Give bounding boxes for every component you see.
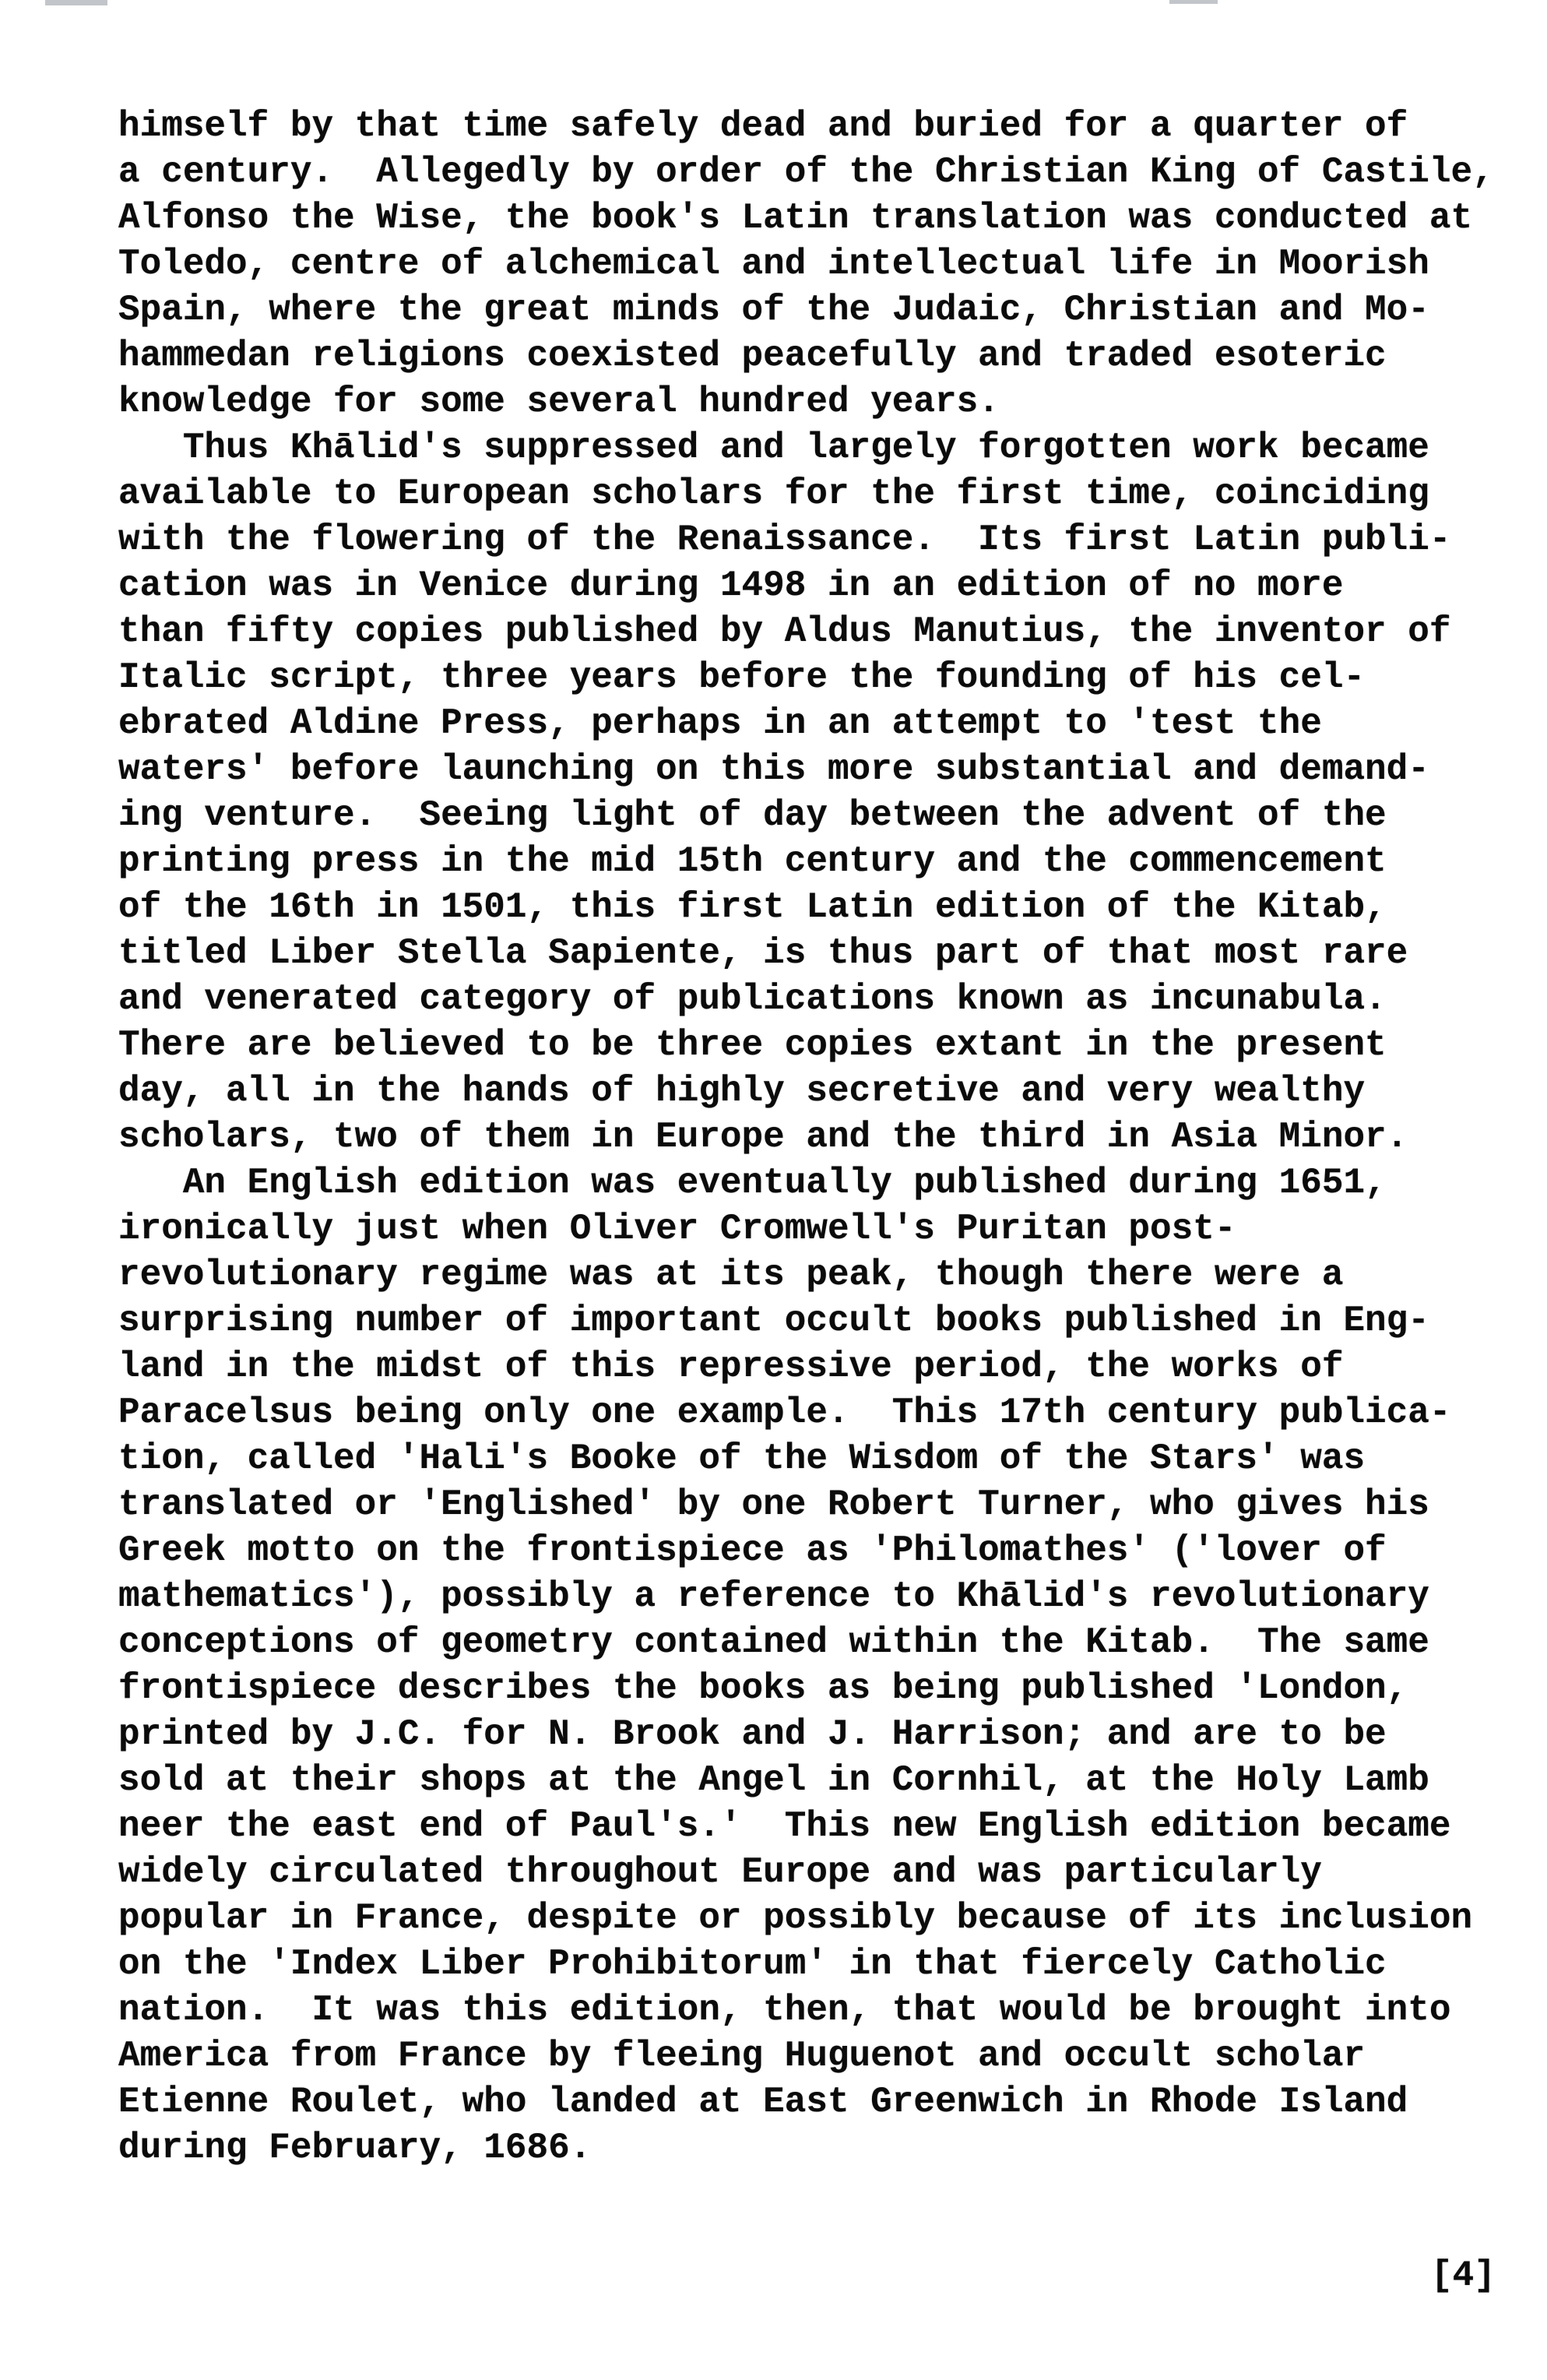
scan-artifact xyxy=(45,0,107,5)
page-number: [4] xyxy=(1431,2253,1496,2299)
page-body-text: himself by that time safely dead and bur… xyxy=(0,0,1547,2171)
document-page: himself by that time safely dead and bur… xyxy=(0,0,1547,2380)
scan-artifact xyxy=(1169,0,1218,4)
